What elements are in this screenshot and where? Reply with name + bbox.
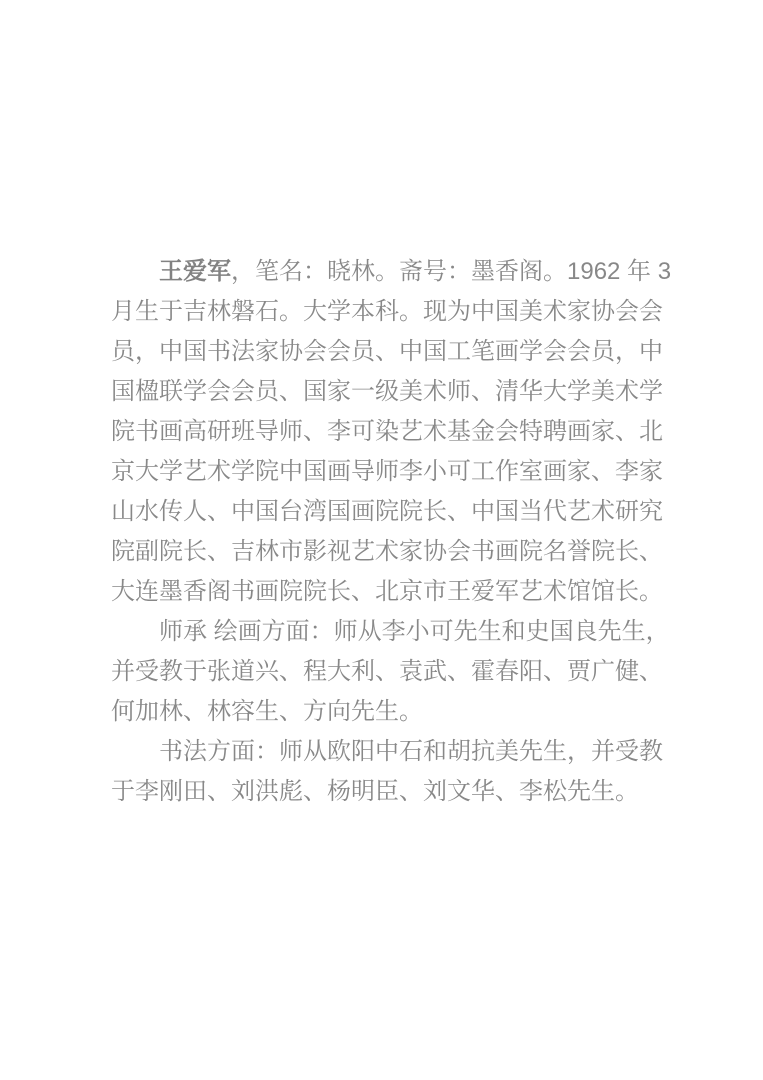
text-segment: 国楹联学会会员、国家一级美术师、清华大学美术学 [111,378,663,405]
text-segment: 院副院长、吉林市影视艺术家协会书画院名誉院长、 [111,538,663,565]
text-segment: 山水传人、中国台湾国画院院长、中国当代艺术研究 [111,498,663,525]
subject-name: 王爱军 [159,258,231,285]
text-segment: ，笔名：晓林。斋号：墨香阁。1962 年 3 [231,258,671,285]
text-line: 并受教于张道兴、程大利、袁武、霍春阳、贾广健、 [111,652,671,692]
text-line: 员，中国书法家协会会员、中国工笔画学会会员，中 [111,332,671,372]
text-line: 大连墨香阁书画院院长、北京市王爱军艺术馆馆长。 [111,572,671,612]
text-line: 院书画高研班导师、李可染艺术基金会特聘画家、北 [111,412,671,452]
text-segment: 京大学艺术学院中国画导师李小可工作室画家、李家 [111,458,663,485]
text-segment: 并受教于张道兴、程大利、袁武、霍春阳、贾广健、 [111,658,663,685]
text-segment: 于李刚田、刘洪彪、杨明臣、刘文华、李松先生。 [111,778,639,805]
text-segment: 院书画高研班导师、李可染艺术基金会特聘画家、北 [111,418,663,445]
paragraph-3: 书法方面：师从欧阳中石和胡抗美先生，并受教于李刚田、刘洪彪、杨明臣、刘文华、李松… [111,732,671,812]
text-line: 月生于吉林磐石。大学本科。现为中国美术家协会会 [111,292,671,332]
paragraph-1: 王爱军，笔名：晓林。斋号：墨香阁。1962 年 3月生于吉林磐石。大学本科。现为… [111,252,671,612]
text-line: 京大学艺术学院中国画导师李小可工作室画家、李家 [111,452,671,492]
text-line: 国楹联学会会员、国家一级美术师、清华大学美术学 [111,372,671,412]
text-segment: 员，中国书法家协会会员、中国工笔画学会会员，中 [111,338,663,365]
text-segment: 大连墨香阁书画院院长、北京市王爱军艺术馆馆长。 [111,578,663,605]
text-segment: 月生于吉林磐石。大学本科。现为中国美术家协会会 [111,298,663,325]
text-line: 山水传人、中国台湾国画院院长、中国当代艺术研究 [111,492,671,532]
document-page: 王爱军，笔名：晓林。斋号：墨香阁。1962 年 3月生于吉林磐石。大学本科。现为… [0,0,763,1080]
text-segment: 何加林、林容生、方向先生。 [111,698,423,725]
text-segment: 书法方面：师从欧阳中石和胡抗美先生，并受教 [159,738,663,765]
text-line: 于李刚田、刘洪彪、杨明臣、刘文华、李松先生。 [111,772,671,812]
biography-text-block: 王爱军，笔名：晓林。斋号：墨香阁。1962 年 3月生于吉林磐石。大学本科。现为… [111,252,671,812]
text-line: 书法方面：师从欧阳中石和胡抗美先生，并受教 [111,732,671,772]
text-line: 王爱军，笔名：晓林。斋号：墨香阁。1962 年 3 [111,252,671,292]
paragraph-2: 师承 绘画方面：师从李小可先生和史国良先生，并受教于张道兴、程大利、袁武、霍春阳… [111,612,671,732]
text-line: 何加林、林容生、方向先生。 [111,692,671,732]
text-line: 院副院长、吉林市影视艺术家协会书画院名誉院长、 [111,532,671,572]
text-segment: 师承 绘画方面：师从李小可先生和史国良先生， [159,618,670,645]
text-line: 师承 绘画方面：师从李小可先生和史国良先生， [111,612,671,652]
